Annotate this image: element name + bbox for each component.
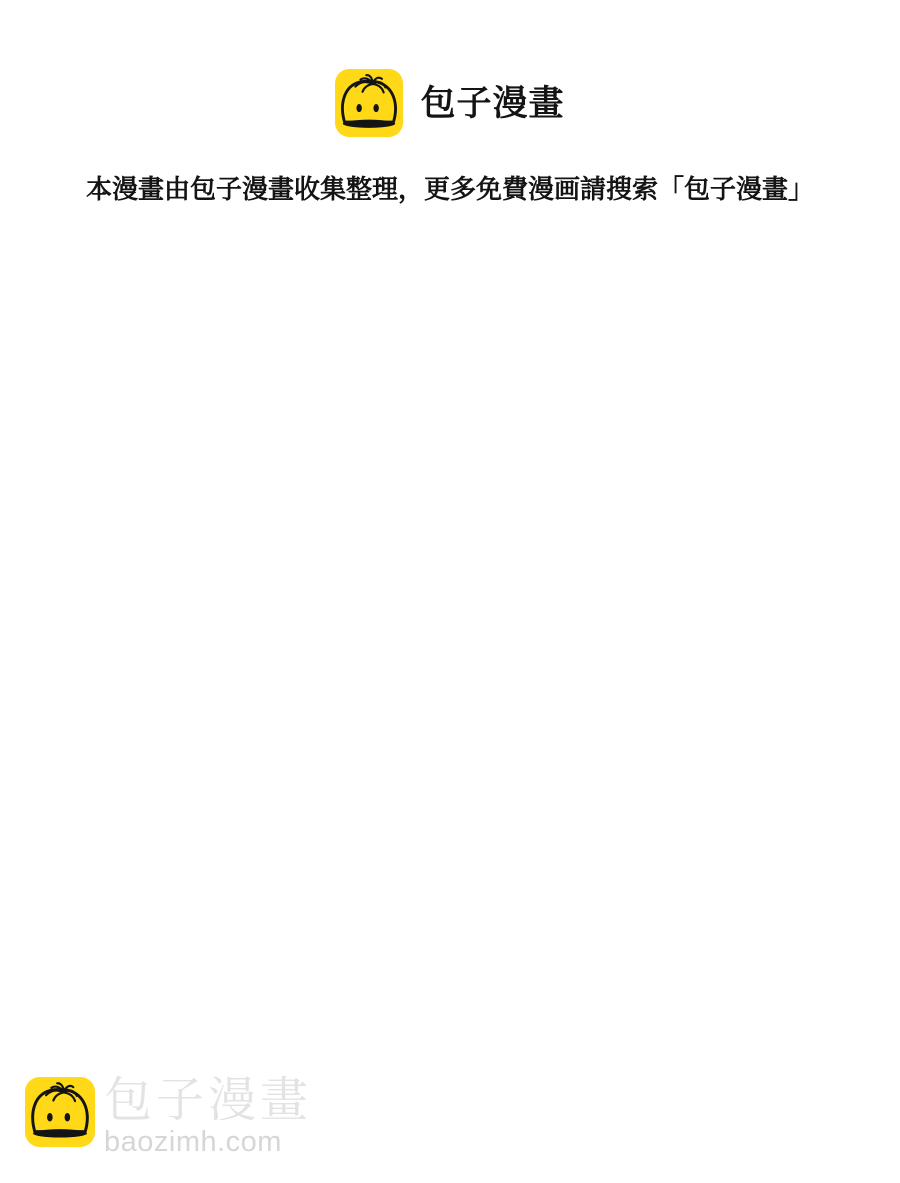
baozi-logo-icon <box>335 68 403 138</box>
comic-notice-page: 包子漫畫 本漫畫由包子漫畫收集整理，更多免費漫画請搜索「包子漫畫」 包子漫畫 b… <box>0 0 900 1183</box>
watermark-text-block: 包子漫畫 baozimh.com <box>104 1077 312 1155</box>
watermark-site-url: baozimh.com <box>104 1129 312 1155</box>
collection-notice-text: 本漫畫由包子漫畫收集整理，更多免費漫画請搜索「包子漫畫」 <box>0 171 900 207</box>
site-title: 包子漫畫 <box>420 86 564 121</box>
baozi-logo-icon <box>25 1077 95 1147</box>
site-watermark: 包子漫畫 baozimh.com <box>25 1077 312 1155</box>
site-brand-header: 包子漫畫 <box>0 68 900 138</box>
watermark-site-name: 包子漫畫 <box>104 1077 312 1125</box>
